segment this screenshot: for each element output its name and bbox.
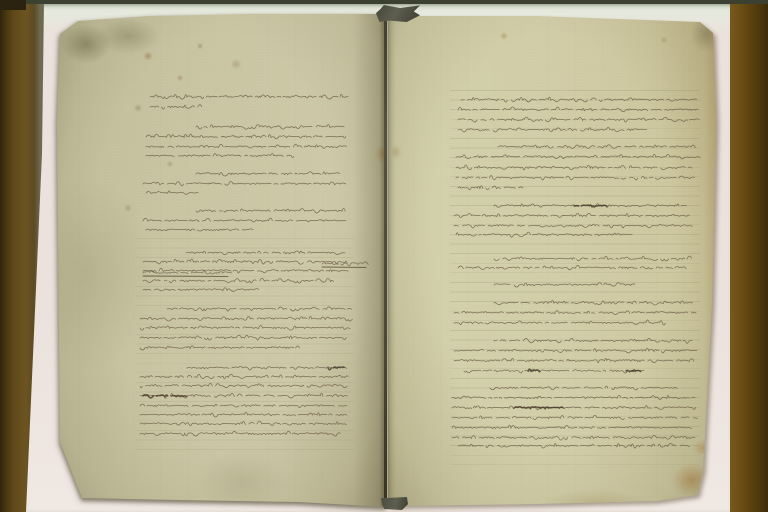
page-corner-fold <box>688 18 716 46</box>
frame-border-right <box>730 0 768 512</box>
fold-shadow <box>52 12 386 508</box>
manuscript-page-right <box>386 12 718 512</box>
fold-shadow <box>386 12 718 512</box>
top-edge-corner <box>0 0 26 10</box>
binding-tab-bottom <box>381 497 408 510</box>
manuscript-page-left <box>52 12 386 508</box>
photograph-frame <box>0 0 768 512</box>
binding-fold-line <box>384 13 387 507</box>
top-edge-line <box>0 0 768 4</box>
